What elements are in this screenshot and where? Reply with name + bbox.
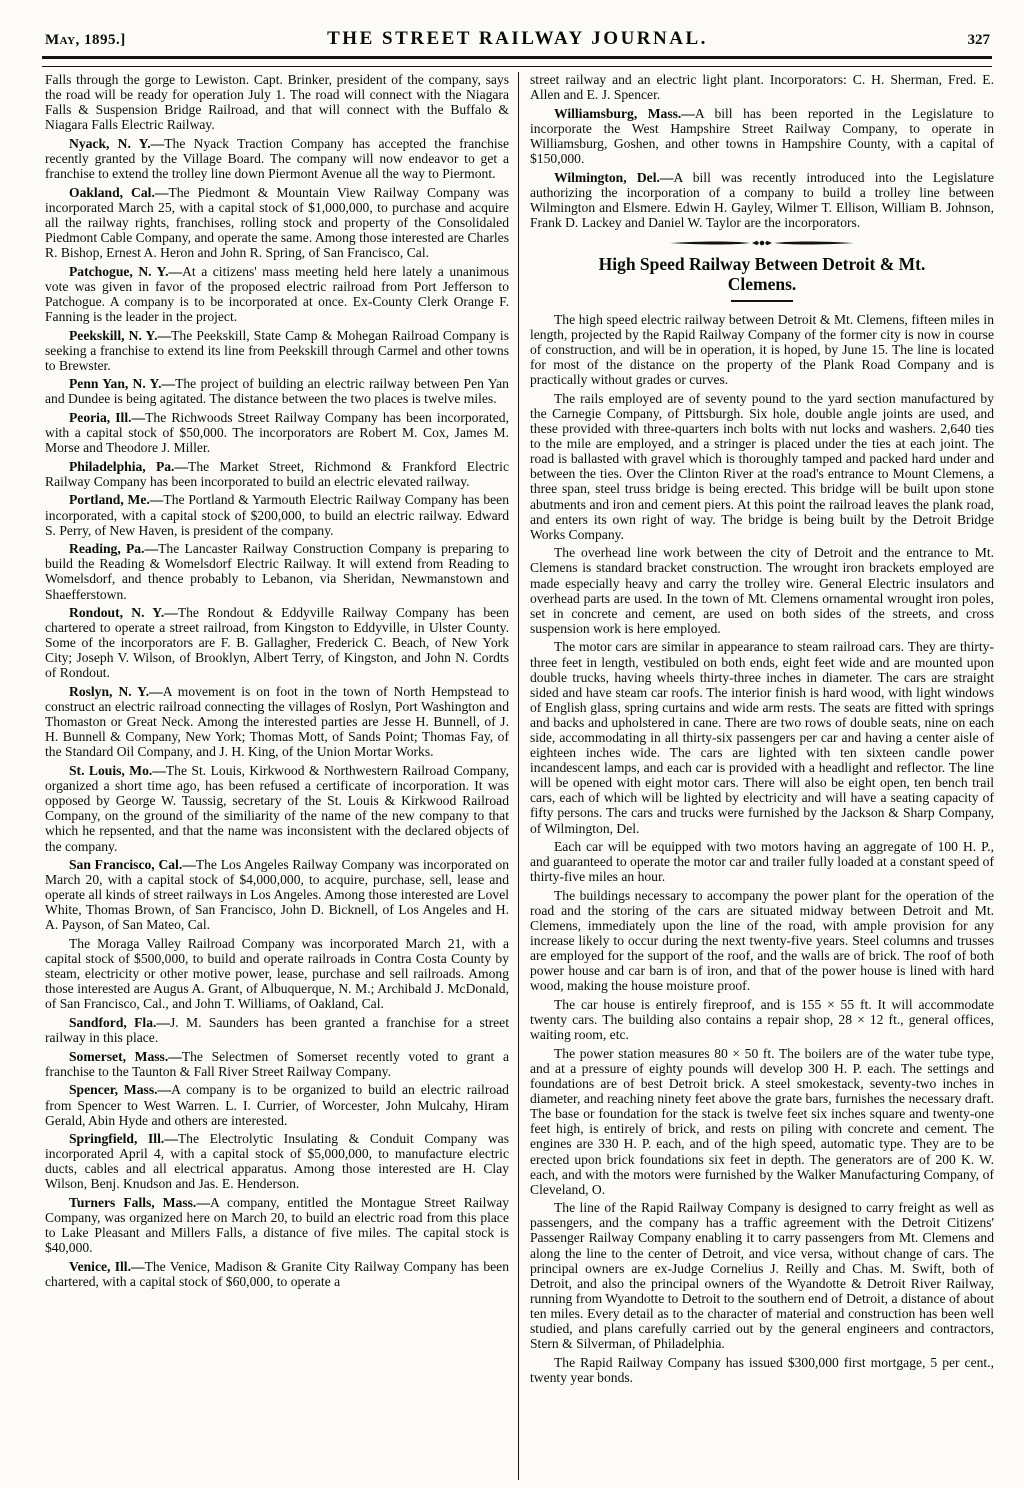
header-double-rule [42,56,992,67]
news-paragraph: Nyack, N. Y.—The Nyack Traction Company … [45,136,509,181]
news-paragraph-lead: Venice, Ill.— [69,1259,145,1274]
news-paragraph-lead: Nyack, N. Y.— [69,136,164,151]
article-paragraph: The Rapid Railway Company has issued $30… [530,1355,994,1385]
article-paragraph: The buildings necessary to accompany the… [530,888,994,994]
article-paragraph: The line of the Rapid Railway Company is… [530,1200,994,1351]
news-paragraph-lead: Penn Yan, N. Y.— [69,376,175,391]
news-paragraph-lead: Rondout, N. Y.— [69,605,178,620]
article-paragraph: The high speed electric railway between … [530,312,994,387]
news-paragraph: San Francisco, Cal.—The Los Angeles Rail… [45,857,509,932]
news-paragraph-lead: San Francisco, Cal.— [69,857,196,872]
article-paragraph-text: The motor cars are similar in appearance… [530,639,994,835]
news-paragraph-lead: Springfield, Ill.— [69,1131,178,1146]
news-paragraph: Patchogue, N. Y.—At a citizens' mass mee… [45,264,509,324]
article-paragraph: The car house is entirely fireproof, and… [530,997,994,1042]
news-paragraph: Falls through the gorge to Lewiston. Cap… [45,72,509,132]
two-column-body: Falls through the gorge to Lewiston. Cap… [45,72,994,1480]
section-divider-ornament-icon [668,238,856,248]
article-paragraph: The motor cars are similar in appearance… [530,639,994,835]
article-title: High Speed Railway Between Detroit & Mt.… [530,254,994,294]
news-paragraph: Peekskill, N. Y.—The Peekskill, State Ca… [45,328,509,373]
news-paragraph-lead: Reading, Pa.— [69,541,158,556]
news-paragraph-lead: Roslyn, N. Y.— [69,684,163,699]
news-paragraph: Reading, Pa.—The Lancaster Railway Const… [45,541,509,601]
news-paragraph-lead: Sandford, Fla.— [69,1015,170,1030]
news-paragraph-lead: Spencer, Mass.— [69,1082,171,1097]
news-paragraph: Spencer, Mass.—A company is to be organi… [45,1082,509,1127]
news-paragraph-lead: Portland, Me.— [69,492,163,507]
news-paragraph: St. Louis, Mo.—The St. Louis, Kirkwood &… [45,763,509,854]
news-entries-left: Falls through the gorge to Lewiston. Cap… [45,72,509,1289]
news-entries-right: street railway and an electric light pla… [530,72,994,230]
news-paragraph-lead: St. Louis, Mo.— [69,763,166,778]
article-paragraph: The power station measures 80 × 50 ft. T… [530,1046,994,1197]
news-paragraph-lead: Turners Falls, Mass.— [69,1195,210,1210]
article-title-rule [731,300,793,302]
news-paragraph-lead: Peekskill, N. Y.— [69,328,171,343]
news-paragraph: Rondout, N. Y.—The Rondout & Eddyville R… [45,605,509,680]
news-paragraph: Penn Yan, N. Y.—The project of building … [45,376,509,406]
article-paragraph-text: The Rapid Railway Company has issued $30… [530,1355,994,1385]
news-paragraph-lead: Williamsburg, Mass.— [554,106,695,121]
article-paragraph-text: The line of the Rapid Railway Company is… [530,1200,994,1351]
news-paragraph-text: Falls through the gorge to Lewiston. Cap… [45,72,509,132]
article-paragraph-text: The buildings necessary to accompany the… [530,888,994,994]
news-paragraph: Sandford, Fla.—J. M. Saunders has been g… [45,1015,509,1045]
article-paragraph: Each car will be equipped with two motor… [530,839,994,884]
news-paragraph: Wilmington, Del.—A bill was recently int… [530,170,994,230]
left-column: Falls through the gorge to Lewiston. Cap… [45,72,518,1480]
news-paragraph: Somerset, Mass.—The Selectmen of Somerse… [45,1049,509,1079]
news-paragraph-lead: Peoria, Ill.— [69,410,145,425]
right-column: street railway and an electric light pla… [519,72,994,1480]
news-paragraph: Philadelphia, Pa.—The Market Street, Ric… [45,459,509,489]
news-paragraph: The Moraga Valley Railroad Company was i… [45,936,509,1011]
news-paragraph: Turners Falls, Mass.—A company, entitled… [45,1195,509,1255]
news-paragraph: Springfield, Ill.—The Electrolytic Insul… [45,1131,509,1191]
news-paragraph: street railway and an electric light pla… [530,72,994,102]
news-paragraph-lead: Patchogue, N. Y.— [69,264,182,279]
article-paragraph-text: Each car will be equipped with two motor… [530,839,994,884]
news-paragraph-lead: Wilmington, Del.— [554,170,673,185]
news-paragraph: Venice, Ill.—The Venice, Madison & Grani… [45,1259,509,1289]
news-paragraph-lead: Somerset, Mass.— [69,1049,182,1064]
article-paragraph-text: The rails employed are of seventy pound … [530,391,994,542]
news-paragraph-text: The Moraga Valley Railroad Company was i… [45,936,509,1011]
news-paragraph: Roslyn, N. Y.—A movement is on foot in t… [45,684,509,759]
running-head: May, 1895.] THE STREET RAILWAY JOURNAL. … [45,28,990,50]
news-paragraph-lead: Philadelphia, Pa.— [69,459,188,474]
page-number: 327 [810,32,990,49]
article-title-line2: Clemens. [530,274,994,294]
journal-page: May, 1895.] THE STREET RAILWAY JOURNAL. … [0,0,1024,1488]
news-paragraph-lead: Oakland, Cal.— [69,185,168,200]
article-paragraph-text: The car house is entirely fireproof, and… [530,997,994,1042]
article-paragraph: The overhead line work between the city … [530,545,994,636]
article-paragraph-text: The high speed electric railway between … [530,312,994,387]
article-paragraph: The rails employed are of seventy pound … [530,391,994,542]
article-body: The high speed electric railway between … [530,312,994,1385]
news-paragraph-text: street railway and an electric light pla… [530,72,994,102]
news-paragraph: Oakland, Cal.—The Piedmont & Mountain Vi… [45,185,509,260]
news-paragraph: Williamsburg, Mass.—A bill has been repo… [530,106,994,166]
news-paragraph: Portland, Me.—The Portland & Yarmouth El… [45,492,509,537]
journal-title: THE STREET RAILWAY JOURNAL. [225,28,810,50]
article-title-line1: High Speed Railway Between Detroit & Mt. [530,254,994,274]
issue-date: May, 1895.] [45,32,225,49]
article-paragraph-text: The overhead line work between the city … [530,545,994,635]
news-paragraph: Peoria, Ill.—The Richwoods Street Railwa… [45,410,509,455]
article-paragraph-text: The power station measures 80 × 50 ft. T… [530,1046,994,1197]
